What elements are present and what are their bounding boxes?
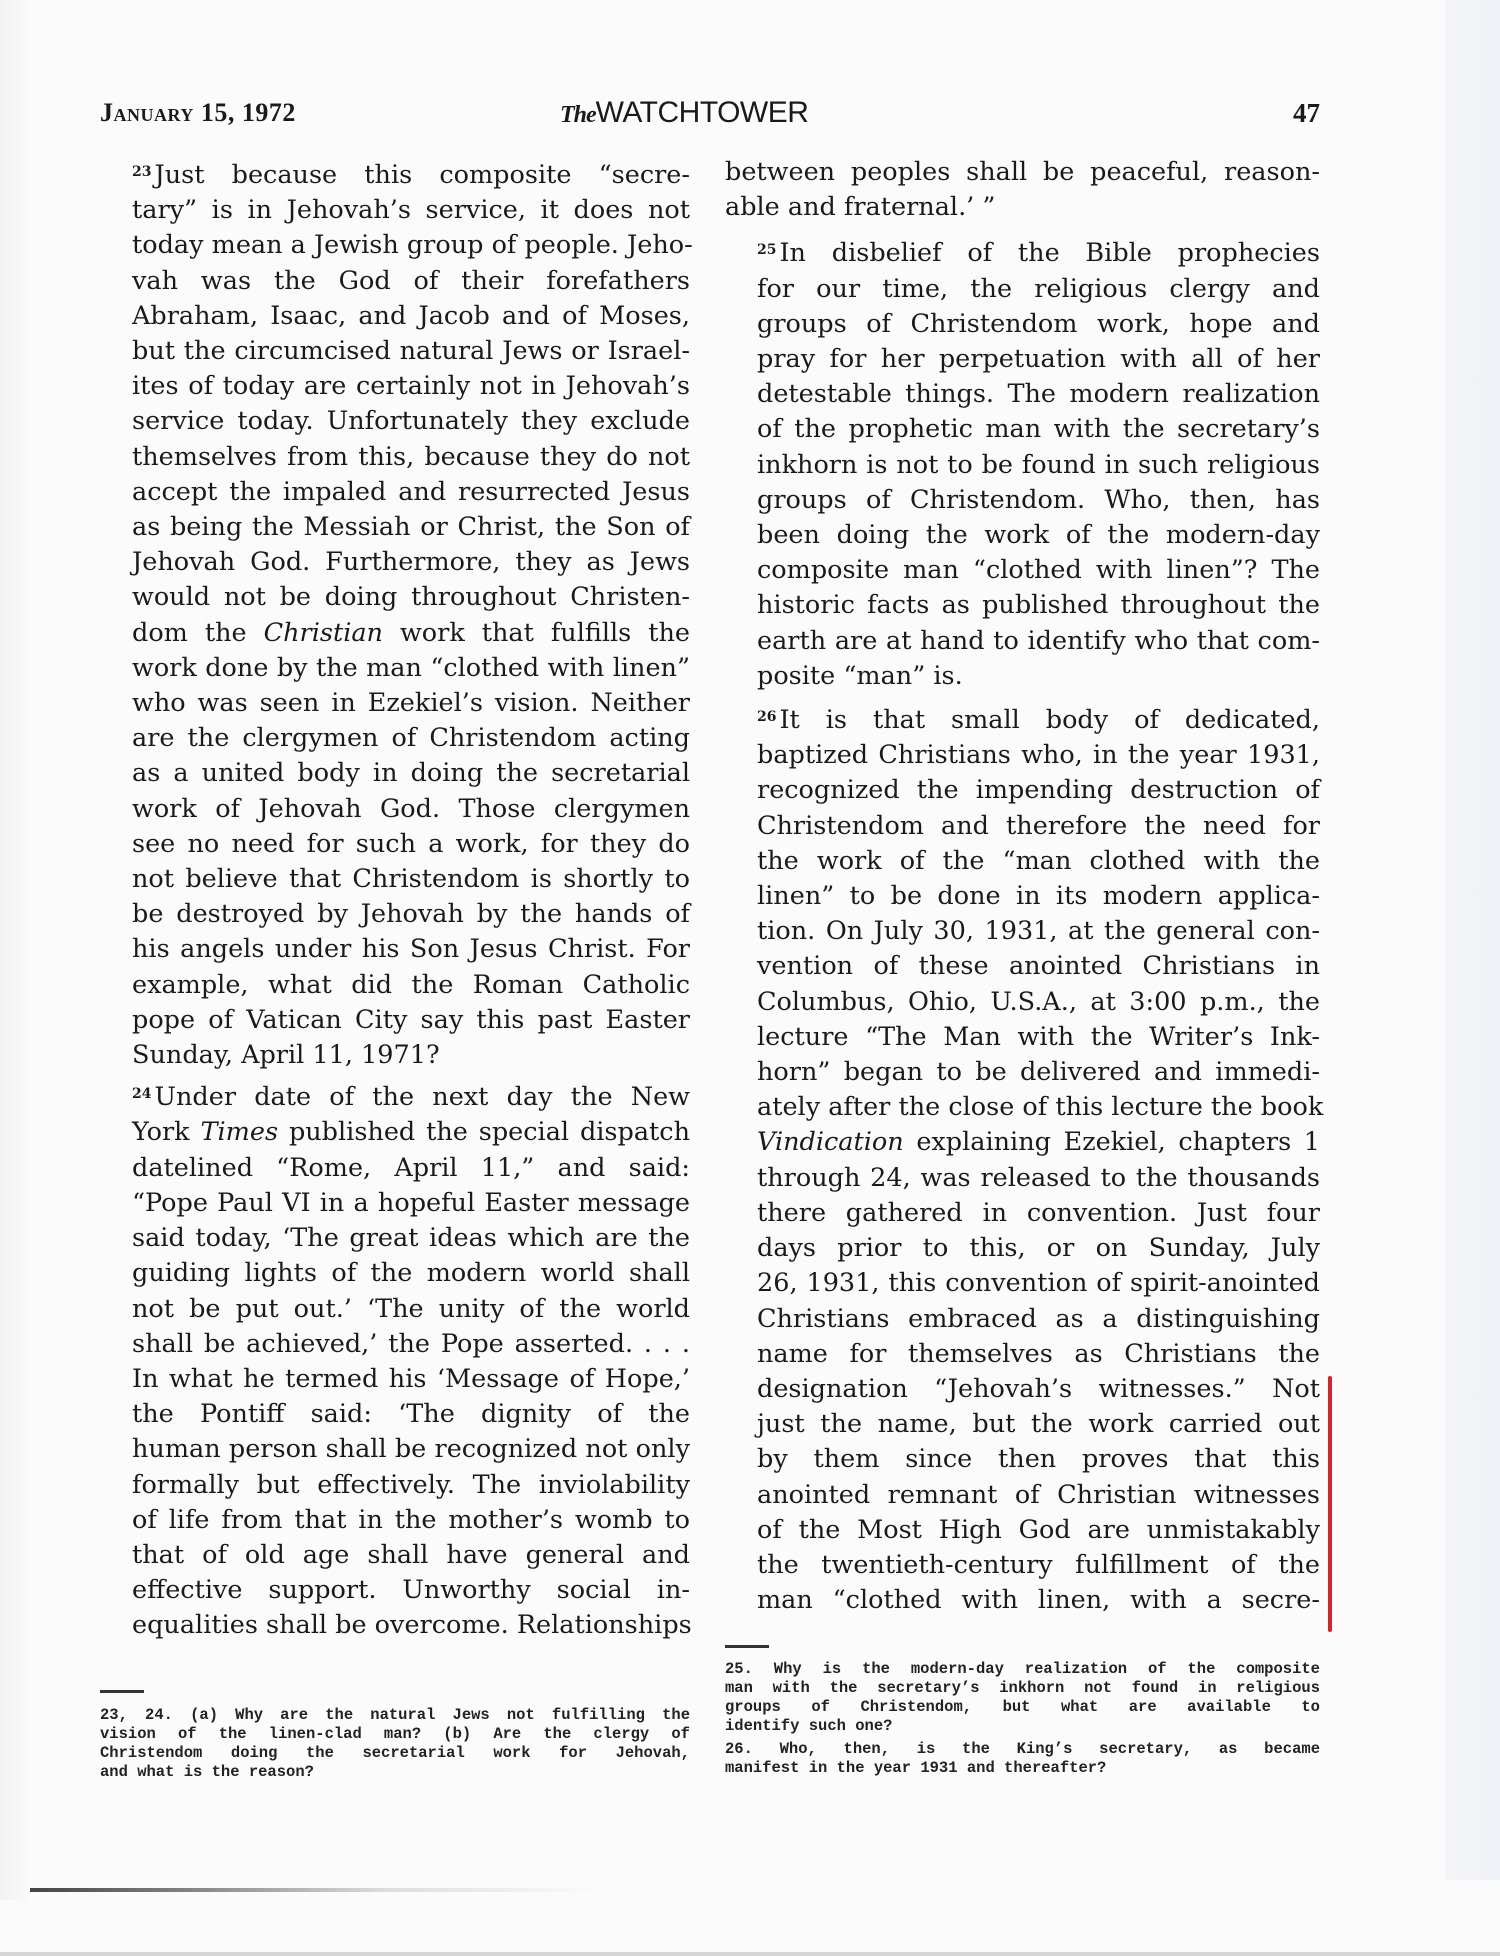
text-fragment: explaining Ezekiel, chapters 1 bbox=[916, 1127, 1320, 1157]
left-column: 23Just because this composite “secre- ta… bbox=[100, 155, 690, 1648]
text-line: of the Most High God are unmistakably bbox=[725, 1513, 1320, 1548]
text-line: horn” began to be delivered and immedi- bbox=[725, 1055, 1320, 1090]
text-line: Columbus, Ohio, U.S.A., at 3:00 p.m., th… bbox=[725, 985, 1320, 1020]
text-line: today mean a Jewish group of people. Jeh… bbox=[100, 228, 690, 263]
text-line: just the name, but the work carried out bbox=[725, 1407, 1320, 1442]
text-line: name for themselves as Christians the bbox=[725, 1337, 1320, 1372]
footnote-line: Christendom doing the secretarial work f… bbox=[100, 1744, 690, 1763]
text-line: work of Jehovah God. Those clergymen bbox=[100, 792, 690, 827]
text-fragment: dom the bbox=[132, 618, 247, 648]
paragraph-24-continued: between peoples shall be peaceful, reaso… bbox=[725, 155, 1320, 225]
text-line: by them since then proves that this bbox=[725, 1442, 1320, 1477]
text-line: effective support. Unworthy social in- bbox=[100, 1573, 690, 1608]
paragraph-number: 23 bbox=[132, 164, 151, 180]
text-line: Just because this composite “secre- bbox=[154, 160, 690, 190]
text-line: Christendom and therefore the need for bbox=[725, 809, 1320, 844]
page-bottom-shadow bbox=[30, 1888, 1450, 1892]
text-line: human person shall be recognized not onl… bbox=[100, 1432, 690, 1467]
text-line: anointed remnant of Christian witnesses bbox=[725, 1478, 1320, 1513]
magazine-title: TheWATCHTOWER bbox=[560, 96, 808, 130]
text-line: vah was the God of their forefathers bbox=[100, 264, 690, 299]
text-line: there gathered in convention. Just four bbox=[725, 1196, 1320, 1231]
text-line: It is that small body of dedicated, bbox=[779, 705, 1320, 735]
text-line: the twentieth-century fulfillment of the bbox=[725, 1548, 1320, 1583]
text-line: be destroyed by Jehovah by the hands of bbox=[100, 897, 690, 932]
text-line: groups of Christendom work, hope and bbox=[725, 307, 1320, 342]
text-line: work done by the man “clothed with linen… bbox=[100, 651, 690, 686]
study-questions-25-26: 25. Why is the modern-day realization of… bbox=[725, 1660, 1320, 1778]
text-line: ately after the close of this lecture th… bbox=[725, 1090, 1320, 1125]
text-line: detestable things. The modern realizatio… bbox=[725, 377, 1320, 412]
text-line: York Times published the special dispatc… bbox=[100, 1115, 690, 1150]
text-line: the work of the “man clothed with the bbox=[725, 844, 1320, 879]
issue-date: January 15, 1972 bbox=[100, 98, 296, 128]
text-line: guiding lights of the modern world shall bbox=[100, 1256, 690, 1291]
text-line: formally but effectively. The inviolabil… bbox=[100, 1468, 690, 1503]
text-line: vention of these anointed Christians in bbox=[725, 949, 1320, 984]
italic-word: Times bbox=[201, 1117, 279, 1147]
text-line: not believe that Christendom is shortly … bbox=[100, 862, 690, 897]
text-line: recognized the impending destruction of bbox=[725, 773, 1320, 808]
text-line: Sunday, April 11, 1971? bbox=[100, 1038, 690, 1073]
change-marker-bar bbox=[1328, 1376, 1332, 1632]
text-line: but the circumcised natural Jews or Isra… bbox=[100, 334, 690, 369]
study-question-26: 26. Who, then, is the King’s secretary, … bbox=[725, 1740, 1320, 1778]
running-header: January 15, 1972 TheWATCHTOWER 47 bbox=[100, 98, 1320, 138]
footnote-line: vision of the linen-clad man? (b) Are th… bbox=[100, 1725, 690, 1744]
text-line: dom the Christian work that fulfills the bbox=[100, 616, 690, 651]
footnote-line: 25. Why is the modern-day realization of… bbox=[725, 1660, 1320, 1679]
text-line: Under date of the next day the New bbox=[154, 1082, 690, 1112]
text-line: been doing the work of the modern-day bbox=[725, 518, 1320, 553]
text-line: said today, ‘The great ideas which are t… bbox=[100, 1221, 690, 1256]
paragraph-25: 25In disbelief of the Bible prophecies f… bbox=[725, 233, 1320, 694]
text-line: man “clothed with linen, with a secre- bbox=[725, 1583, 1320, 1618]
paragraph-26: 26It is that small body of dedicated, ba… bbox=[725, 700, 1320, 1618]
italic-book-title: Vindication bbox=[757, 1127, 904, 1157]
text-line: datelined “Rome, April 11,” and said: bbox=[100, 1151, 690, 1186]
text-line: would not be doing throughout Christen- bbox=[100, 580, 690, 615]
paragraph-23: 23Just because this composite “secre- ta… bbox=[100, 155, 690, 1073]
text-line: equalities shall be overcome. Relationsh… bbox=[100, 1608, 690, 1643]
text-line: of the prophetic man with the secretary’… bbox=[725, 412, 1320, 447]
footnote-line: 23, 24. (a) Why are the natural Jews not… bbox=[100, 1706, 690, 1725]
magazine-title-prefix: The bbox=[560, 102, 596, 128]
text-line: pope of Vatican City say this past Easte… bbox=[100, 1003, 690, 1038]
text-line: Jehovah God. Furthermore, they as Jews bbox=[100, 545, 690, 580]
text-line: historic facts as published throughout t… bbox=[725, 588, 1320, 623]
footnote-line: 26. Who, then, is the King’s secretary, … bbox=[725, 1740, 1320, 1759]
text-line: that of old age shall have general and bbox=[100, 1538, 690, 1573]
footnote-line: and what is the reason? bbox=[100, 1763, 690, 1782]
text-line: see no need for such a work, for they do bbox=[100, 827, 690, 862]
text-line: Abraham, Isaac, and Jacob and of Moses, bbox=[100, 299, 690, 334]
text-line: able and fraternal.’ ” bbox=[725, 190, 1320, 225]
text-line: lecture “The Man with the Writer’s Ink- bbox=[725, 1020, 1320, 1055]
text-line: as a united body in doing the secretaria… bbox=[100, 756, 690, 791]
text-line: are the clergymen of Christendom acting bbox=[100, 721, 690, 756]
text-line: for our time, the religious clergy and bbox=[725, 272, 1320, 307]
study-question-23-24: 23, 24. (a) Why are the natural Jews not… bbox=[100, 1706, 690, 1782]
text-line: example, what did the Roman Catholic bbox=[100, 968, 690, 1003]
page-number: 47 bbox=[1293, 98, 1320, 129]
text-line: “Pope Paul VI in a hopeful Easter messag… bbox=[100, 1186, 690, 1221]
text-line: posite “man” is. bbox=[725, 659, 1320, 694]
text-line: designation “Jehovah’s witnesses.” Not bbox=[725, 1372, 1320, 1407]
text-line: baptized Christians who, in the year 193… bbox=[725, 738, 1320, 773]
footnote-line: manifest in the year 1931 and thereafter… bbox=[725, 1759, 1320, 1778]
text-line: linen” to be done in its modern applica- bbox=[725, 879, 1320, 914]
text-line: themselves from this, because they do no… bbox=[100, 440, 690, 475]
text-line: through 24, was released to the thousand… bbox=[725, 1161, 1320, 1196]
text-line: service today. Unfortunately they exclud… bbox=[100, 404, 690, 439]
text-line: composite man “clothed with linen”? The bbox=[725, 553, 1320, 588]
text-line: inkhorn is not to be found in such relig… bbox=[725, 448, 1320, 483]
text-line: not be put out.’ ‘The unity of the world bbox=[100, 1292, 690, 1327]
text-line: between peoples shall be peaceful, reaso… bbox=[725, 155, 1320, 190]
text-line: tion. On July 30, 1931, at the general c… bbox=[725, 914, 1320, 949]
magazine-title-name: WATCHTOWER bbox=[596, 96, 809, 129]
footnote-rule-right bbox=[725, 1645, 769, 1648]
text-line: of life from that in the mother’s womb t… bbox=[100, 1503, 690, 1538]
text-line: In what he termed his ‘Message of Hope,’ bbox=[100, 1362, 690, 1397]
text-fragment: published the special dispatch bbox=[289, 1117, 690, 1147]
footnote-line: identify such one? bbox=[725, 1717, 1320, 1736]
page-bottom-strip bbox=[0, 1952, 1500, 1956]
text-line: the Pontiff said: ‘The dignity of the bbox=[100, 1397, 690, 1432]
text-line: who was seen in Ezekiel’s vision. Neithe… bbox=[100, 686, 690, 721]
text-fragment: York bbox=[132, 1117, 190, 1147]
text-line: pray for her perpetuation with all of he… bbox=[725, 342, 1320, 377]
paragraph-24: 24Under date of the next day the New Yor… bbox=[100, 1077, 690, 1643]
page-edge-right bbox=[1445, 0, 1500, 1880]
paragraph-number: 26 bbox=[757, 709, 776, 725]
text-line: shall be achieved,’ the Pope asserted. .… bbox=[100, 1327, 690, 1362]
text-line: In disbelief of the Bible prophecies bbox=[779, 238, 1320, 268]
text-line: 26, 1931, this convention of spirit-anoi… bbox=[725, 1266, 1320, 1301]
study-question-25: 25. Why is the modern-day realization of… bbox=[725, 1660, 1320, 1736]
text-line: Christians embraced as a distinguishing bbox=[725, 1302, 1320, 1337]
text-line: tary” is in Jehovah’s service, it does n… bbox=[100, 193, 690, 228]
text-fragment: work that fulfills the bbox=[400, 618, 690, 648]
right-column: between peoples shall be peaceful, reaso… bbox=[725, 155, 1320, 1622]
text-line: ites of today are certainly not in Jehov… bbox=[100, 369, 690, 404]
page-edge-left bbox=[0, 0, 30, 1900]
text-line: groups of Christendom. Who, then, has bbox=[725, 483, 1320, 518]
text-line: as being the Messiah or Christ, the Son … bbox=[100, 510, 690, 545]
paragraph-number: 25 bbox=[757, 242, 776, 258]
text-line: days prior to this, or on Sunday, July bbox=[725, 1231, 1320, 1266]
text-line: Vindication explaining Ezekiel, chapters… bbox=[725, 1125, 1320, 1160]
paragraph-number: 24 bbox=[132, 1086, 151, 1102]
footnote-line: man with the secretary’s inkhorn not fou… bbox=[725, 1679, 1320, 1698]
italic-word: Christian bbox=[264, 618, 383, 648]
footnote-line: groups of Christendom, but what are avai… bbox=[725, 1698, 1320, 1717]
text-line: his angels under his Son Jesus Christ. F… bbox=[100, 932, 690, 967]
text-line: accept the impaled and resurrected Jesus bbox=[100, 475, 690, 510]
footnote-rule-left bbox=[100, 1690, 144, 1693]
text-line: earth are at hand to identify who that c… bbox=[725, 624, 1320, 659]
